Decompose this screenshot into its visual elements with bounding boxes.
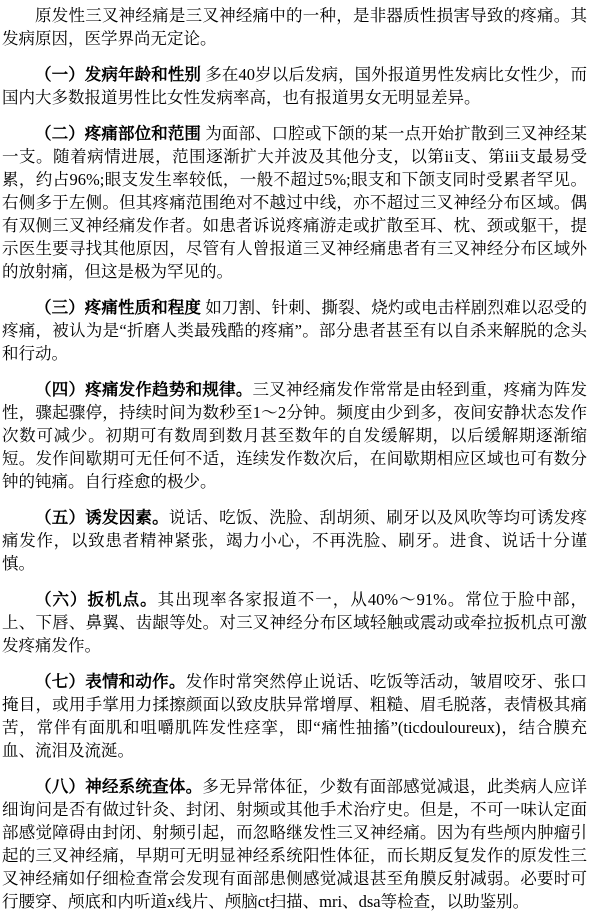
paragraph-section-6-trigger-points: （六）扳机点。其出现率各家报道不一，从40%～91%。常位于脸中部，上、下唇、鼻… [2,588,587,657]
paragraph-section-4-attack-trend-pattern: （四）疼痛发作趋势和规律。三叉神经痛发作常常是由轻到重，疼痛为阵发性，骤起骤停，… [2,378,587,493]
paragraph-section-3-pain-nature-degree: （三）疼痛性质和程度 如刀割、针刺、撕裂、烧灼或电击样剧烈难以忍受的疼痛，被认为… [2,296,587,365]
paragraph-section-8-neuro-exam: （八）神经系统查体。多无异常体征，少数有面部感觉减退，此类病人应详细询问是否有做… [2,775,587,913]
paragraph-section-5-triggers: （五）诱发因素。说话、吃饭、洗脸、刮胡须、刷牙以及风吹等均可诱发疼痛发作，以致患… [2,506,587,575]
section-1-heading: （一）发病年龄和性别 [35,65,205,84]
section-5-heading: （五）诱发因素。 [35,508,169,527]
section-3-heading: （三）疼痛性质和程度 [35,298,205,317]
medical-article-body: 原发性三叉神经痛是三叉神经痛中的一种，是非器质性损害导致的疼痛。其发病原因，医学… [2,4,587,913]
section-8-heading: （八）神经系统查体。 [35,777,202,796]
section-2-text: 为面部、口腔或下颌的某一点开始扩散到三叉神经某一支。随着病情进展，范围逐渐扩大并… [2,124,587,281]
paragraph-intro: 原发性三叉神经痛是三叉神经痛中的一种，是非器质性损害导致的疼痛。其发病原因，医学… [2,4,587,50]
section-8-text: 多无异常体征，少数有面部感觉减退，此类病人应详细询问是否有做过针灸、封闭、射频或… [2,777,587,911]
paragraph-intro-text: 原发性三叉神经痛是三叉神经痛中的一种，是非器质性损害导致的疼痛。其发病原因，医学… [2,6,587,48]
paragraph-section-2-pain-location-range: （二）疼痛部位和范围 为面部、口腔或下颌的某一点开始扩散到三叉神经某一支。随着病… [2,122,587,283]
section-7-heading: （七）表情和动作。 [35,672,186,691]
paragraph-section-1-onset-age-sex: （一）发病年龄和性别 多在40岁以后发病，国外报道男性发病比女性少，而国内大多数… [2,63,587,109]
section-4-heading: （四）疼痛发作趋势和规律。 [35,380,253,399]
section-2-heading: （二）疼痛部位和范围 [35,124,205,143]
section-6-heading: （六）扳机点。 [35,590,158,609]
paragraph-section-7-expression-actions: （七）表情和动作。发作时常突然停止说话、吃饭等活动，皱眉咬牙、张口掩目，或用手掌… [2,670,587,762]
